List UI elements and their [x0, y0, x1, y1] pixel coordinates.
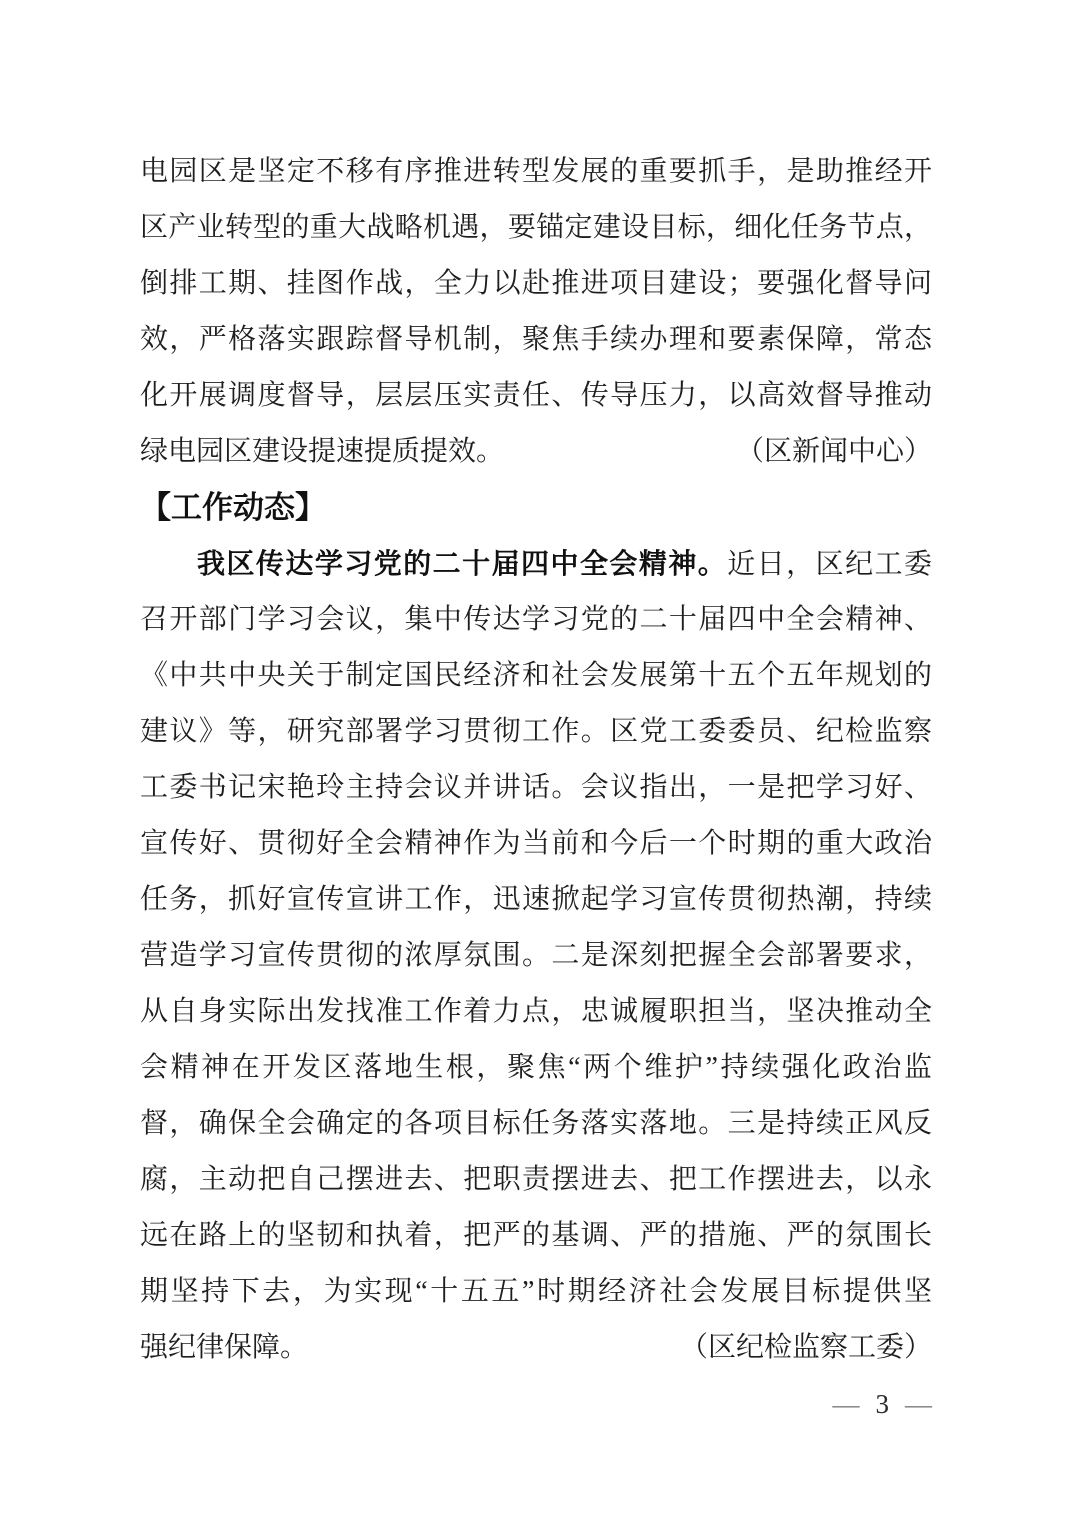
page-number-dash-right: — — [905, 1389, 932, 1419]
text-line: 电园区是坚定不移有序推进转型发展的重要抓手，是助推经开 — [140, 144, 932, 200]
text-line: 建议》等，研究部署学习贯彻工作。区党工委委员、纪检监察 — [140, 704, 932, 760]
text-line: 会精神在开发区落地生根，聚焦“两个维护”持续强化政治监 — [140, 1040, 932, 1096]
page-content: 电园区是坚定不移有序推进转型发展的重要抓手，是助推经开 区产业转型的重大战略机遇… — [140, 144, 932, 1432]
text-line: 《中共中央关于制定国民经济和社会发展第十五个五年规划的 — [140, 648, 932, 704]
text-line: 倒排工期、挂图作战，全力以赴推进项目建设；要强化督导问 — [140, 256, 932, 312]
page-number-value: 3 — [876, 1389, 890, 1419]
text-line: 从自身实际出发找准工作着力点，忠诚履职担当，坚决推动全 — [140, 984, 932, 1040]
document-page: 电园区是坚定不移有序推进转型发展的重要抓手，是助推经开 区产业转型的重大战略机遇… — [0, 0, 1074, 1520]
text-line: 远在路上的坚韧和执着，把严的基调、严的措施、严的氛围长 — [140, 1208, 932, 1264]
text-line: 召开部门学习会议，集中传达学习党的二十届四中全会精神、 — [140, 592, 932, 648]
text-line: 强纪律保障。 — [140, 1320, 308, 1376]
article-lead-line: 我区传达学习党的二十届四中全会精神。近日，区纪工委 — [140, 536, 932, 592]
text-line: 绿电园区建设提速提质提效。 — [140, 424, 504, 480]
text-line: 任务，抓好宣传宣讲工作，迅速掀起学习宣传贯彻热潮，持续 — [140, 872, 932, 928]
article-title: 我区传达学习党的二十届四中全会精神。 — [197, 548, 727, 579]
page-number: —3— — [140, 1376, 932, 1432]
text-line: 化开展调度督导，层层压实责任、传导压力，以高效督导推动 — [140, 368, 932, 424]
text-line: 工委书记宋艳玲主持会议并讲话。会议指出，一是把学习好、 — [140, 760, 932, 816]
text-line: 腐，主动把自己摆进去、把职责摆进去、把工作摆进去，以永 — [140, 1152, 932, 1208]
text-line: 宣传好、贯彻好全会精神作为当前和今后一个时期的重大政治 — [140, 816, 932, 872]
text-line: 营造学习宣传贯彻的浓厚氛围。二是深刻把握全会部署要求， — [140, 928, 932, 984]
paragraph-end-line: 强纪律保障。 （区纪检监察工委） — [140, 1320, 932, 1376]
text-line: 期坚持下去，为实现“十五五”时期经济社会发展目标提供坚 — [140, 1264, 932, 1320]
text-line: 督，确保全会确定的各项目标任务落实落地。三是持续正风反 — [140, 1096, 932, 1152]
paragraph-end-line: 绿电园区建设提速提质提效。 （区新闻中心） — [140, 424, 932, 480]
page-number-dash-left: — — [833, 1389, 860, 1419]
attribution-source: （区纪检监察工委） — [680, 1320, 932, 1376]
attribution-source: （区新闻中心） — [736, 424, 932, 480]
text-line: 区产业转型的重大战略机遇，要锚定建设目标，细化任务节点， — [140, 200, 932, 256]
lead-text: 近日，区纪工委 — [727, 549, 932, 580]
text-line: 效，严格落实跟踪督导机制，聚焦手续办理和要素保障，常态 — [140, 312, 932, 368]
section-header: 【工作动态】 — [140, 480, 932, 536]
